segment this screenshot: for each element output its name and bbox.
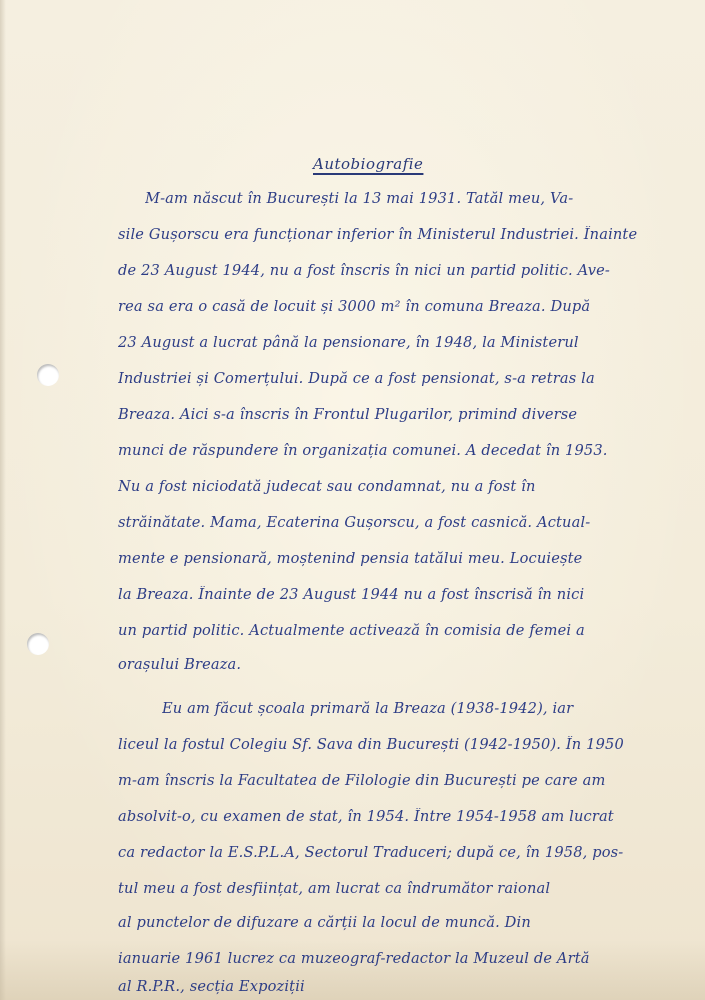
paragraph-1-line-3: de 23 August 1944, nu a fost înscris în … xyxy=(118,262,693,279)
paragraph-1-line-13: un partid politic. Actualmente activează… xyxy=(118,622,693,639)
paragraph-1-line-7: Breaza. Aici s-a înscris în Frontul Plug… xyxy=(118,406,693,423)
paragraph-2-line-4: absolvit-o, cu examen de stat, în 1954. … xyxy=(118,808,693,825)
paragraph-2-line-1: Eu am făcut școala primară la Breaza (19… xyxy=(162,700,692,717)
paragraph-1-line-5: 23 August a lucrat până la pensionare, î… xyxy=(118,334,693,351)
paragraph-2-line-3: m-am înscris la Facultatea de Filologie … xyxy=(118,772,693,789)
document-title: Autobiografie xyxy=(313,155,423,173)
paragraph-2-line-8: ianuarie 1961 lucrez ca muzeograf-redact… xyxy=(118,950,693,967)
paragraph-1-line-11: mente e pensionară, moștenind pensia tat… xyxy=(118,550,693,567)
paragraph-1-line-10: străinătate. Mama, Ecaterina Gușorscu, a… xyxy=(118,514,693,531)
paper-left-edge xyxy=(0,0,6,1000)
paragraph-2-line-2: liceul la fostul Colegiu Sf. Sava din Bu… xyxy=(118,736,693,753)
paragraph-1-line-14: orașului Breaza. xyxy=(118,656,693,673)
paragraph-1-line-12: la Breaza. Înainte de 23 August 1944 nu … xyxy=(118,586,693,603)
paragraph-1-line-4: rea sa era o casă de locuit și 3000 m² î… xyxy=(118,298,693,315)
paragraph-2-line-7: al punctelor de difuzare a cărții la loc… xyxy=(118,914,693,931)
paragraph-1-line-1: M-am născut în București la 13 mai 1931.… xyxy=(145,190,693,207)
paragraph-1-line-9: Nu a fost niciodată judecat sau condamna… xyxy=(118,478,693,495)
paragraph-2-line-6: tul meu a fost desființat, am lucrat ca … xyxy=(118,880,693,897)
paragraph-2-line-5: ca redactor la E.S.P.L.A, Sectorul Tradu… xyxy=(118,844,693,861)
paragraph-1-line-6: Industriei și Comerțului. După ce a fost… xyxy=(118,370,693,387)
punch-hole-bottom xyxy=(27,633,49,655)
paragraph-2-line-9: al R.P.R., secția Expoziții xyxy=(118,978,693,995)
paragraph-1-line-2: sile Gușorscu era funcționar inferior în… xyxy=(118,226,693,243)
punch-hole-top xyxy=(37,364,59,386)
paragraph-1-line-8: munci de răspundere în organizația comun… xyxy=(118,442,693,459)
